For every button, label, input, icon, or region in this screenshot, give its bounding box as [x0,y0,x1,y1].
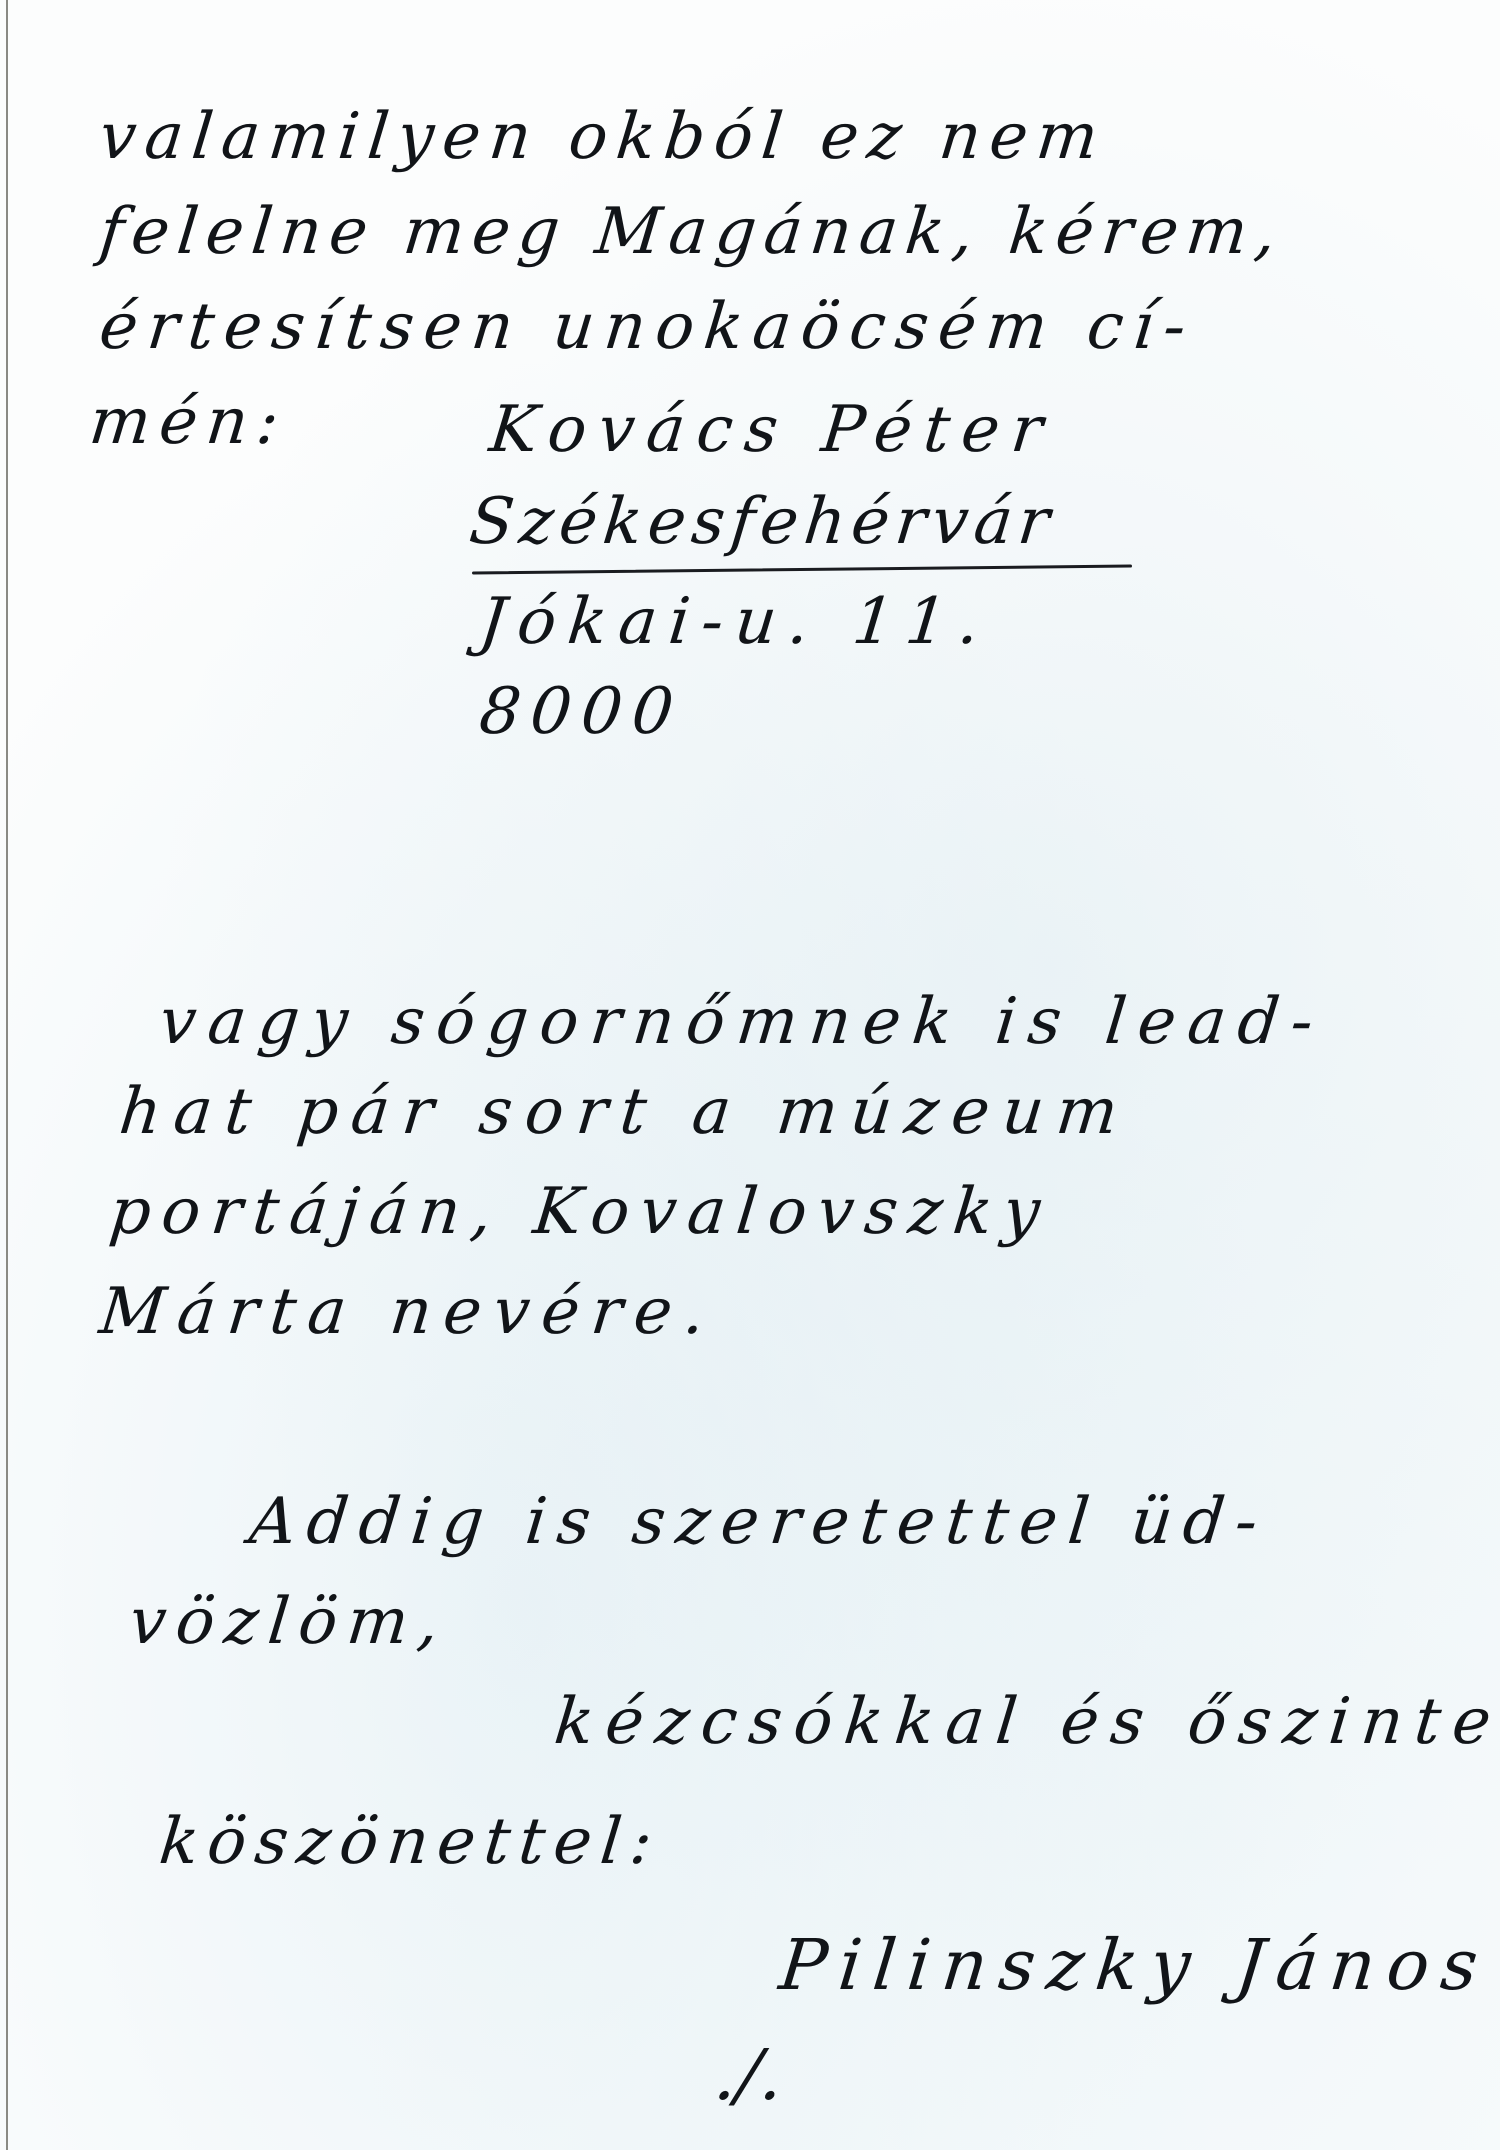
letter-line-1: valamilyen okból ez nem [97,105,1110,169]
letter-line-3: értesítsen unokaöcsém cí- [97,295,1199,359]
letter-line-5: vagy sógornőmnek is lead- [157,990,1328,1054]
closing-line-1: Addig is szeretettel üd- [247,1490,1272,1554]
address-postal-code: 8000 [477,680,687,744]
letter-line-6: hat pár sort a múzeum [117,1080,1134,1144]
address-name: Kovács Péter [487,398,1058,462]
page-edge-line [6,0,8,2150]
address-city: Székesfehérvár [467,490,1059,554]
letter-line-4: mén: [87,390,291,454]
closing-line-3: kézcsókkal és őszinte [552,1690,1500,1754]
signature: Pilinszky János [776,1930,1493,2000]
closing-line-4: köszönettel: [157,1810,665,1874]
continuation-mark: ./. [711,2040,786,2110]
letter-page: valamilyen okból ez nem felelne meg Magá… [0,0,1500,2150]
letter-line-8: Márta nevére. [97,1280,720,1344]
address-street: Jókai-u. 11. [477,590,995,654]
closing-line-2: vözlöm, [127,1590,452,1654]
letter-line-7: portáján, Kovalovszky [107,1180,1054,1244]
address-city-underline [472,565,1132,575]
letter-line-2: felelne meg Magának, kérem, [97,200,1287,264]
